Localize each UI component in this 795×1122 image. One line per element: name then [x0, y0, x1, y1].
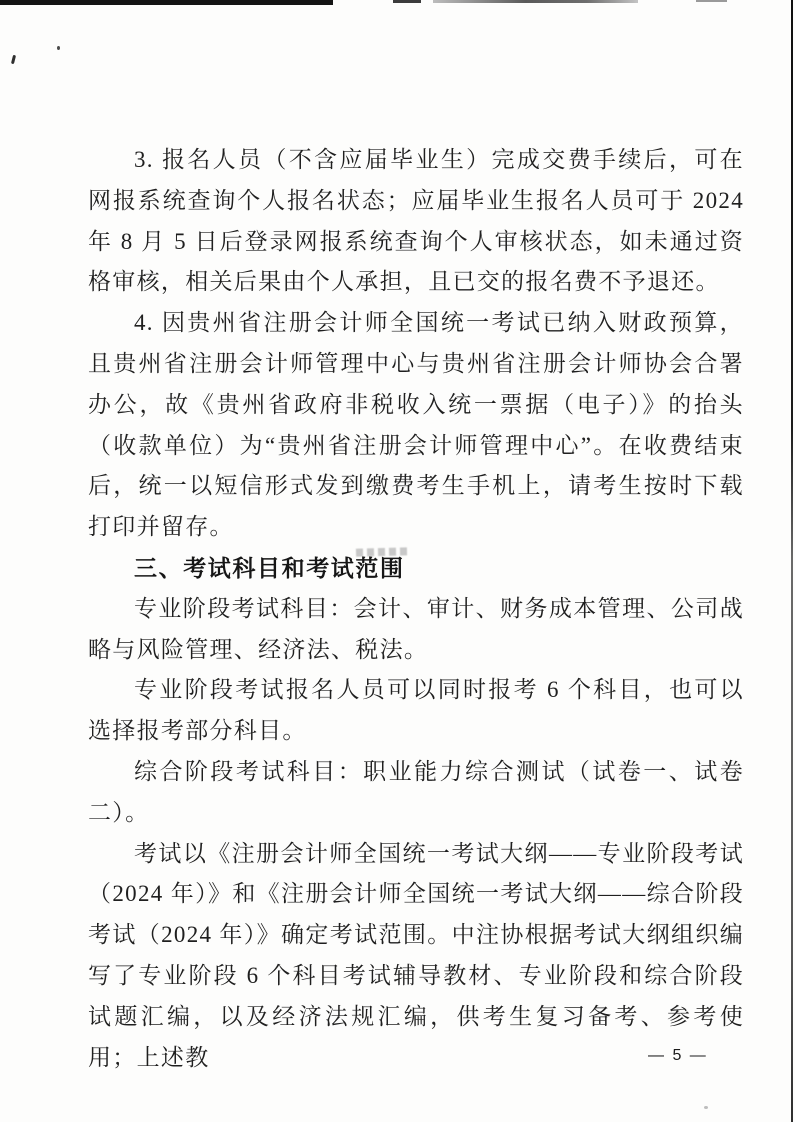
- document-body: 3. 报名人员（不含应届毕业生）完成交费手续后，可在网报系统查询个人报名状态；应…: [88, 140, 744, 1078]
- scan-speck: [11, 55, 16, 64]
- paragraph-subject-selection: 专业阶段考试报名人员可以同时报考 6 个科目，也可以选择报考部分科目。: [88, 670, 744, 752]
- paragraph-exam-syllabus: 考试以《注册会计师全国统一考试大纲——专业阶段考试（2024 年）》和《注册会计…: [88, 834, 744, 1079]
- page-number: — 5 —: [648, 1047, 708, 1065]
- paragraph-professional-subjects: 专业阶段考试科目：会计、审计、财务成本管理、公司战略与风险管理、经济法、税法。: [88, 589, 744, 671]
- scanner-edge-artifact-top: [0, 0, 333, 5]
- scanner-edge-artifact-top: [696, 0, 727, 2]
- scanned-document-page: 3. 报名人员（不含应届毕业生）完成交费手续后，可在网报系统查询个人报名状态；应…: [0, 0, 795, 1122]
- scan-speck: [704, 1106, 708, 1109]
- paragraph-invoice-notice: 4. 因贵州省注册会计师全国统一考试已纳入财政预算，且贵州省注册会计师管理中心与…: [88, 303, 744, 548]
- scanner-edge-artifact-right: [791, 0, 793, 1122]
- scanner-edge-artifact-top: [393, 0, 421, 3]
- section-heading-exam-subjects: 三、考试科目和考试范围: [88, 548, 744, 589]
- paragraph-comprehensive-subject: 综合阶段考试科目：职业能力综合测试（试卷一、试卷二）。: [88, 752, 744, 834]
- scanner-edge-artifact-top: [433, 0, 638, 3]
- paragraph-fee-status: 3. 报名人员（不含应届毕业生）完成交费手续后，可在网报系统查询个人报名状态；应…: [88, 140, 744, 303]
- scan-speck: [57, 46, 60, 50]
